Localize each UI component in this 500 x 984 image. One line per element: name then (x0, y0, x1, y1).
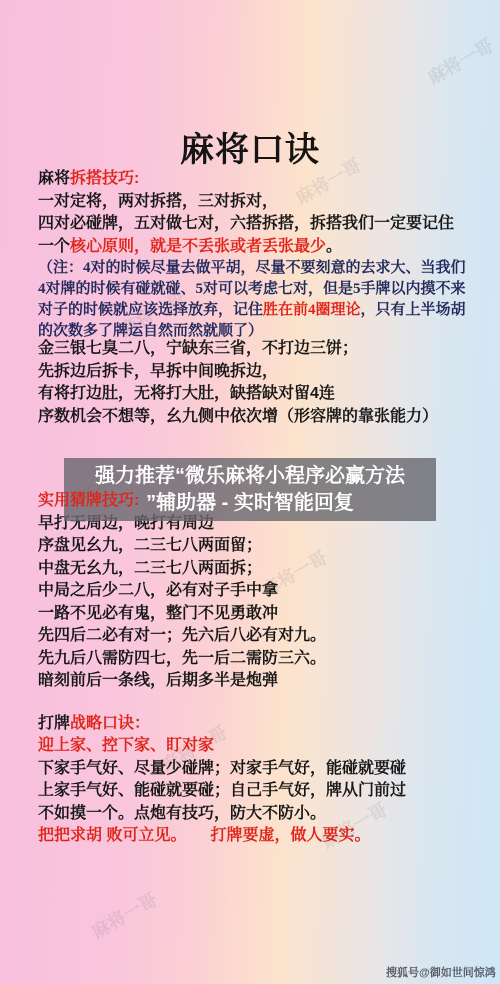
text-segment: 四对必碰牌，五对做七对，六搭拆搭，拆搭我们一定要记住 (38, 215, 454, 232)
section-chai-da-skills: 麻将拆搭技巧:一对定将，两对拆搭，三对拆对，四对必碰牌，五对做七对，六搭拆搭，拆… (38, 168, 468, 258)
text-line: 先拆边后拆卡，早拆中间晚拆边， (38, 361, 468, 384)
text-segment: 拆搭技巧: (70, 170, 139, 187)
text-segment: 不如摸一个。点炮有技巧，防大不防小。 (38, 805, 326, 822)
sohu-account-watermark: 搜狐号@御如世间惊鸿 (386, 964, 496, 980)
text-line: 四对必碰牌，五对做七对，六搭拆搭，拆搭我们一定要记住 (38, 213, 468, 236)
text-line: 一对定将，两对拆搭，三对拆对， (38, 191, 468, 214)
diagonal-watermark: 麻将一哥 (422, 32, 497, 91)
text-line: 中局之后少二八，必有对子手中拿 (38, 580, 468, 603)
text-segment: 一对定将，两对拆搭，三对拆对， (38, 193, 278, 210)
text-line: 中盘无幺九，二三七八两面拆； (38, 558, 468, 581)
text-segment: 上家手气好、能碰就要碰；自己手气好，牌从门前过 (38, 782, 406, 799)
text-segment: 先四后二必有对一；先六后八必有对九。 (38, 627, 326, 644)
section-note: （注：4对的时候尽量去做平胡，尽量不要刻意的去求大、当我们4对牌的时候有碰就碰、… (38, 258, 468, 342)
text-segment: 麻将 (38, 170, 70, 187)
text-line: 先四后二必有对一；先六后八必有对九。 (38, 625, 468, 648)
text-segment: 中局之后少二八，必有对子手中拿 (38, 582, 278, 599)
text-segment: 一路不见必有鬼，整门不见勇敢冲 (38, 605, 278, 622)
text-line: 上家手气好、能碰就要碰；自己手气好，牌从门前过 (38, 780, 468, 803)
text-line: 迎上家、控下家、盯对家 (38, 735, 468, 758)
page-title: 麻将口诀 (0, 122, 500, 171)
text-segment: 一个 (38, 238, 70, 255)
promo-banner: 强力推荐“微乐麻将小程序必赢方法 ”辅助器 - 实时智能回复 (64, 458, 436, 521)
text-line: 下家手气好、尽量少碰牌；对家手气好，能碰就要碰 (38, 758, 468, 781)
promo-banner-line: 强力推荐“微乐麻将小程序必赢方法 (95, 463, 405, 490)
text-segment: 中盘无幺九，二三七八两面拆； (38, 560, 262, 577)
text-line: 金三银七臭二八，宁缺东三省，不打边三饼； (38, 338, 468, 361)
text-line: 先九后八需防四七，先一后二需防三六。 (38, 648, 468, 671)
text-line: 一个核心原则，就是不丢张或者丢张最少。 (38, 236, 468, 259)
text-line: 打牌战略口诀： (38, 713, 468, 736)
text-segment: 序盘见幺九，二三七八两面留； (38, 537, 262, 554)
text-line: 暗刻前后一条线，后期多半是炮弹 (38, 670, 468, 693)
text-segment: 先九后八需防四七，先一后二需防三六。 (38, 650, 326, 667)
text-line: 麻将拆搭技巧: (38, 168, 468, 191)
text-segment: 金三银七臭二八，宁缺东三省，不打边三饼； (38, 340, 358, 357)
text-segment: 打牌 (38, 715, 70, 732)
text-segment: 暗刻前后一条线，后期多半是炮弹 (38, 672, 278, 689)
text-line: （注：4对的时候尽量去做平胡，尽量不要刻意的去求大、当我们4对牌的时候有碰就碰、… (38, 258, 468, 342)
text-line: 序数机会不想等，幺九侧中依次增（形容牌的靠张能力） (38, 406, 468, 429)
section-guess-skills-list: 早打无周边，晚打有周边序盘见幺九，二三七八两面留；中盘无幺九，二三七八两面拆；中… (38, 513, 468, 693)
text-segment: 把把求胡 败可立见。 打牌要虚，做人要实。 (38, 827, 370, 844)
text-line: 把把求胡 败可立见。 打牌要虚，做人要实。 (38, 825, 468, 848)
text-segment: 胜在前4圈理论 (263, 302, 361, 318)
text-line: 有将打边肚，无将打大肚，缺搭缺对留4连 (38, 383, 468, 406)
text-segment: 战略口诀： (70, 715, 150, 732)
text-line: 序盘见幺九，二三七八两面留； (38, 535, 468, 558)
promo-banner-line: ”辅助器 - 实时智能回复 (146, 490, 354, 517)
text-segment: 迎上家、控下家、盯对家 (38, 737, 214, 754)
text-line: 不如摸一个。点炮有技巧，防大不防小。 (38, 803, 468, 826)
section-strategy: 打牌战略口诀：迎上家、控下家、盯对家下家手气好、尽量少碰牌；对家手气好，能碰就要… (38, 713, 468, 848)
text-segment: 。 (326, 238, 342, 255)
text-segment: 核心原则，就是不丢张或者丢张最少 (70, 238, 326, 255)
text-segment: 序数机会不想等，幺九侧中依次增（形容牌的靠张能力） (38, 408, 438, 425)
text-line: 一路不见必有鬼，整门不见勇敢冲 (38, 603, 468, 626)
section-rhymes-list: 金三银七臭二八，宁缺东三省，不打边三饼；先拆边后拆卡，早拆中间晚拆边，有将打边肚… (38, 338, 468, 428)
text-segment: 先拆边后拆卡，早拆中间晚拆边， (38, 363, 278, 380)
mahjong-tips-poster: 麻将一哥 麻将一哥 麻将一哥 麻将一哥 麻将一哥 麻将一哥 麻将一哥 麻将一哥 … (0, 0, 500, 984)
text-segment: 下家手气好、尽量少碰牌；对家手气好，能碰就要碰 (38, 760, 406, 777)
text-segment: 有将打边肚，无将打大肚，缺搭缺对留4连 (38, 385, 335, 402)
diagonal-watermark: 麻将一哥 (86, 886, 161, 945)
